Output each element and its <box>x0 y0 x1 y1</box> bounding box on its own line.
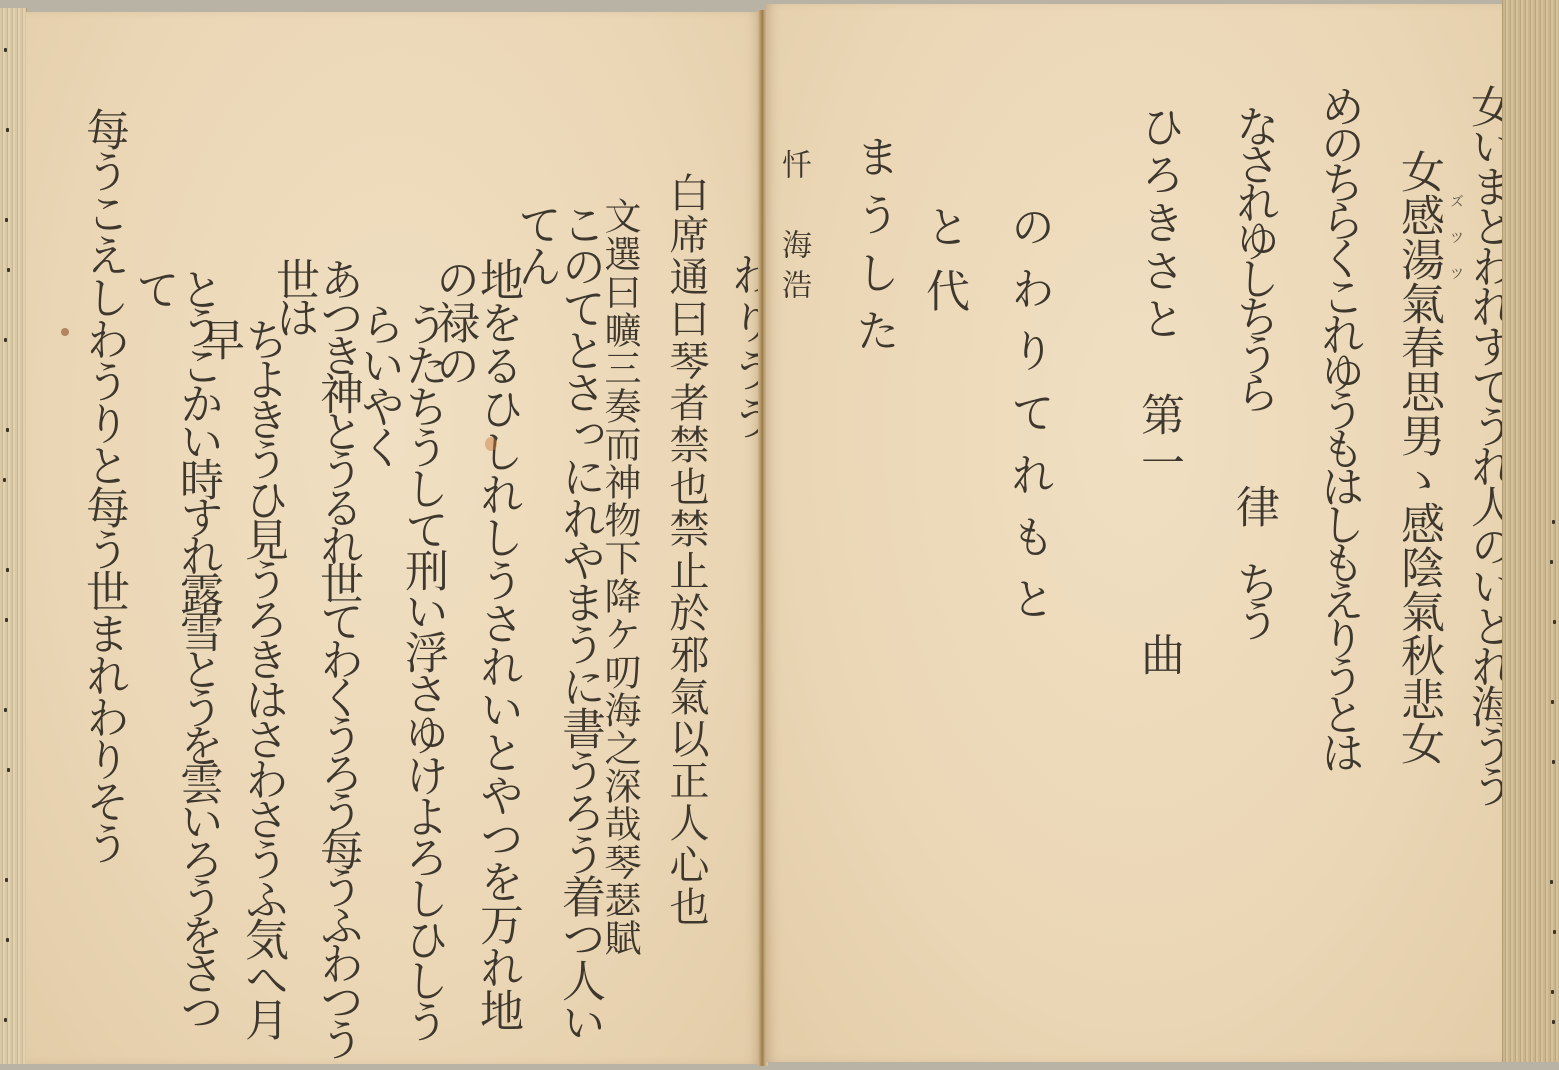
right-page: 女いまとわれすてうれ人のいとれ海うう 女感湯氣春思男ゝ感陰氣秋悲女 ズツツ めの… <box>766 4 1503 1062</box>
text-column: 每うこえしわうりと每う世まれわりそう <box>81 107 125 863</box>
text-column: このてとさっにれやまうに書うろう着つ人いてん <box>513 202 601 1064</box>
text-column: まうした <box>851 134 895 366</box>
left-page: きんきん行ようりってふれてきめいわりうう 白席通曰琴者禁也禁止於邪氣以正人心也 … <box>26 12 760 1064</box>
text-column: うたちうして刑い浮さゆけよろしひしうらいやく <box>356 302 444 1064</box>
text-column: 女感湯氣春思男ゝ感陰氣秋悲女 <box>1396 149 1440 765</box>
right-page-edges <box>1502 0 1559 1062</box>
paper-stain <box>61 328 69 336</box>
text-column: 忏 海浩 <box>778 149 808 309</box>
text-column: めのちらくこれゆうもはしもえりうとは <box>1316 84 1360 768</box>
text-column: 文選曰曠三奏而神物下降ケ叨海之深哉琴瑟賦 <box>601 197 638 957</box>
text-column: 白席通曰琴者禁也禁止於邪氣以正人心也 <box>666 172 706 928</box>
text-column: と代 <box>921 204 965 332</box>
text-column: ひろきさと 第一 曲 <box>1136 104 1180 680</box>
text-column: なされゆしちうら 律 ちう <box>1231 104 1275 636</box>
open-book: きんきん行ようりってふれてきめいわりうう 白席通曰琴者禁也禁止於邪氣以正人心也 … <box>0 0 1559 1070</box>
paper-stain <box>485 437 497 451</box>
text-column: とうこかい時すれ露雪とうを雲いろうをさつて <box>131 267 219 1064</box>
left-page-edges <box>0 8 27 1064</box>
ruby-annotation: ズツツ <box>1446 194 1466 302</box>
text-column: のわりてれもと <box>1006 204 1050 638</box>
